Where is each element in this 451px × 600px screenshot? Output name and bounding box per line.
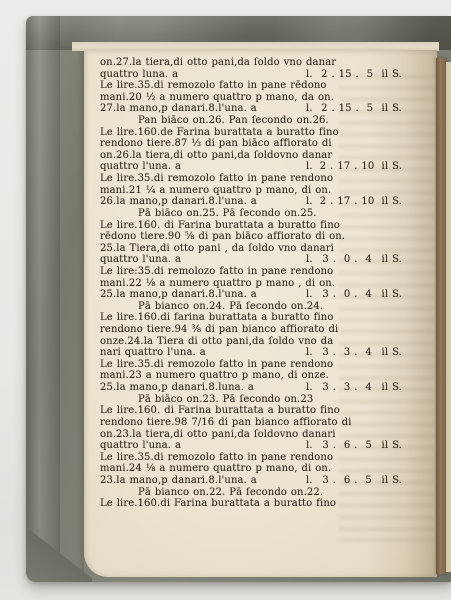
- price-lira-label: l.: [306, 69, 313, 81]
- text-line: Le lire.160.de Farina burattata a buratt…: [100, 127, 402, 139]
- price-unit-label: il S.: [382, 254, 402, 266]
- price-unit-label: il S.: [382, 475, 402, 487]
- text-line: mani.24 ⅛ a numero quattro p mano, di on…: [100, 463, 402, 475]
- line-text: Pā biāco on.23. Pā ſecondo on.23: [138, 394, 313, 406]
- book: on.27.la tiera,di otto pani,da ſoldo vno…: [26, 16, 451, 582]
- line-text: on.23.la tiera,di otto pani,da ſoldovno …: [100, 429, 336, 441]
- text-line: quattro l'una. a l. 3 . 0 . 4 il S.: [100, 254, 402, 266]
- line-text: Le lire.160.di farina burattata a buratt…: [100, 312, 333, 324]
- line-text: 23.la mano,p danari.8.l'una. a: [100, 475, 257, 487]
- price-entry: l. 3 . 6 . 5 il S.: [306, 475, 402, 487]
- price-entry: l. 2 . 17 . 10 il S.: [306, 196, 402, 208]
- text-line: Pā biāco on.23. Pā ſecondo on.23: [100, 394, 402, 406]
- price-amount: 3 . 0 . 4: [322, 289, 371, 301]
- text-line: 26.la mano,p danari.8.l'una. a l. 2 . 17…: [100, 196, 402, 208]
- line-text: on.27.la tiera,di otto pani,da ſoldo vno…: [100, 57, 336, 69]
- line-text: 25.la mano,p danari.8.l'una. a: [100, 289, 257, 301]
- price-entry: l. 3 . 0 . 4 il S.: [306, 289, 402, 301]
- text-line: on.23.la tiera,di otto pani,da ſoldovno …: [100, 429, 402, 441]
- text-line: 25.la mano,p danari.8.l'una. a l. 3 . 0 …: [100, 289, 402, 301]
- text-line: quattro l'una. a l. 3 . 6 . 5 il S.: [100, 440, 402, 452]
- line-text: on.26.la tiera,di otto pani,da ſoldovno …: [100, 150, 332, 162]
- price-amount: 3 . 6 . 5: [322, 475, 371, 487]
- text-line: mani.20 ½ a numero quattro p mano, da on…: [100, 92, 402, 104]
- price-unit-label: il S.: [382, 161, 402, 173]
- line-text: Le lire.35.di remozolo fatto in pane rēd…: [100, 80, 327, 92]
- price-entry: l. 3 . 6 . 5 il S.: [306, 440, 402, 452]
- text-line: Le lire.35.di remozolo fatto in pane ren…: [100, 359, 402, 371]
- text-line: Le lire.160. di Farina burattata a burat…: [100, 220, 402, 232]
- cloth-corner-fold: [26, 490, 92, 582]
- line-text: rendono tiere.98 7/16 di pan bianco affi…: [100, 417, 351, 429]
- line-text: 27.la mano,p danari.8.l'una. a: [100, 103, 257, 115]
- price-amount: 3 . 0 . 4: [322, 254, 371, 266]
- text-line: 25.la mano,p danari.8.luna. a l. 3 . 3 .…: [100, 382, 402, 394]
- price-entry: l. 2 . 15 . 5 il S.: [306, 69, 402, 81]
- line-text: Le lire.35.di remozolo fatto in pane ren…: [100, 359, 333, 371]
- text-line: Le lire:35.di remolozo fatto in pane ren…: [100, 266, 402, 278]
- line-text: Le lire.160. di Farina burattata a burat…: [100, 405, 340, 417]
- text-line: rendono tiere.87 ⅓ di pan biāco affiorat…: [100, 138, 402, 150]
- text-line: rēdono tiere.90 ⅝ di pan biāco affiorato…: [100, 231, 402, 243]
- text-line: Pā bianco on.22. Pā ſecondo on.22.: [100, 487, 402, 499]
- line-text: 25.la Tiera,di otto pani , da ſoldo vno …: [100, 243, 334, 255]
- line-text: mani.20 ½ a numero quattro p mano, da on…: [100, 92, 334, 104]
- line-text: rendono tiere.87 ⅓ di pan biāco affiorat…: [100, 138, 332, 150]
- line-text: rēdono tiere.90 ⅝ di pan biāco affiorato…: [100, 231, 345, 243]
- price-lira-label: l.: [306, 103, 313, 115]
- text-line: Pā biāco on.25. Pā ſecondo on.25.: [100, 208, 402, 220]
- text-line: Pan biāco on.26. Pan ſecondo on.26.: [100, 115, 402, 127]
- price-unit-label: il S.: [382, 440, 402, 452]
- text-line: nari quattro l'una. a l. 3 . 3 . 4 il S.: [100, 347, 402, 359]
- line-text: Le lire.35.di remozolo fatto in pane ren…: [100, 173, 333, 185]
- price-entry: l. 3 . 3 . 4 il S.: [306, 347, 402, 359]
- text-line: Le lire.35.di remozolo fatto in pane ren…: [100, 173, 402, 185]
- line-text: quattro luna. a: [100, 69, 178, 81]
- price-lira-label: l.: [306, 161, 313, 173]
- price-unit-label: il S.: [382, 103, 402, 115]
- price-unit-label: il S.: [382, 69, 402, 81]
- price-amount: 2 . 15 . 5: [321, 69, 373, 81]
- line-text: rendono tiere.94 ⅜ di pan bianco affiora…: [100, 324, 338, 336]
- text-line: Le lire.35.di remozolo fatto in pane ren…: [100, 452, 402, 464]
- price-entry: l. 3 . 0 . 4 il S.: [306, 254, 402, 266]
- price-amount: 3 . 3 . 4: [322, 347, 371, 359]
- text-line: quattro luna. a l. 2 . 15 . 5 il S.: [100, 69, 402, 81]
- text-line: 25.la Tiera,di otto pani , da ſoldo vno …: [100, 243, 402, 255]
- text-line: Le lire.160. di Farina burattata a burat…: [100, 405, 402, 417]
- price-lira-label: l.: [306, 440, 313, 452]
- price-entry: l. 2 . 15 . 5 il S.: [306, 103, 402, 115]
- price-lira-label: l.: [306, 475, 313, 487]
- price-unit-label: il S.: [382, 289, 402, 301]
- line-text: Le lire.160.di Farina burattata a buratt…: [100, 498, 336, 510]
- line-text: Pā bianco on.24. Pā ſecondo on.24.: [138, 301, 323, 313]
- line-text: Le lire.160. di Farina burattata a burat…: [100, 220, 340, 232]
- line-text: quattro l'una. a: [100, 440, 181, 452]
- text-line: rendono tiere.94 ⅜ di pan bianco affiora…: [100, 324, 402, 336]
- text-line: quattro l'una. a l. 2 . 17 . 10 il S.: [100, 161, 402, 173]
- book-page: on.27.la tiera,di otto pani,da ſoldo vno…: [84, 50, 437, 577]
- text-line: 23.la mano,p danari.8.l'una. a l. 3 . 6 …: [100, 475, 402, 487]
- line-text: quattro l'una. a: [100, 254, 181, 266]
- line-text: nari quattro l'una. a: [100, 347, 206, 359]
- adjacent-page-sliver: [446, 62, 451, 572]
- line-text: mani.23 a numero quattro p mano, di onze…: [100, 370, 329, 382]
- line-text: Le lire.35.di remozolo fatto in pane ren…: [100, 452, 333, 464]
- price-lira-label: l.: [306, 196, 313, 208]
- price-unit-label: il S.: [382, 196, 402, 208]
- line-text: Pā bianco on.22. Pā ſecondo on.22.: [138, 487, 323, 499]
- line-text: onze.24.la Tiera di otto pani,da ſoldo v…: [100, 336, 333, 348]
- photo-backdrop: on.27.la tiera,di otto pani,da ſoldo vno…: [0, 0, 451, 600]
- line-text: mani.21 ¼ a numero quattro p mano, di on…: [100, 185, 331, 197]
- line-text: Le lire:35.di remolozo fatto in pane ren…: [100, 266, 333, 278]
- line-text: mani.22 ⅛ a numero quattro p mano , di o…: [100, 278, 335, 290]
- text-line: onze.24.la Tiera di otto pani,da ſoldo v…: [100, 336, 402, 348]
- line-text: mani.24 ⅛ a numero quattro p mano, di on…: [100, 463, 331, 475]
- price-lira-label: l.: [306, 382, 313, 394]
- price-lira-label: l.: [306, 289, 313, 301]
- text-line: on.27.la tiera,di otto pani,da ſoldo vno…: [100, 57, 402, 69]
- price-unit-label: il S.: [382, 382, 402, 394]
- line-text: Le lire.160.de Farina burattata a buratt…: [100, 127, 339, 139]
- text-line: mani.21 ¼ a numero quattro p mano, di on…: [100, 185, 402, 197]
- text-line: 27.la mano,p danari.8.l'una. a l. 2 . 15…: [100, 103, 402, 115]
- text-line: Le lire.160.di Farina burattata a buratt…: [100, 498, 402, 510]
- line-text: 26.la mano,p danari.8.l'una. a: [100, 196, 257, 208]
- price-unit-label: il S.: [382, 347, 402, 359]
- price-lira-label: l.: [306, 254, 313, 266]
- price-lira-label: l.: [306, 347, 313, 359]
- price-entry: l. 3 . 3 . 4 il S.: [306, 382, 402, 394]
- text-line: mani.23 a numero quattro p mano, di onze…: [100, 370, 402, 382]
- leaf-block-fore-edge: [436, 58, 446, 574]
- price-amount: 2 . 15 . 5: [321, 103, 373, 115]
- price-amount: 3 . 6 . 5: [322, 440, 371, 452]
- price-entry: l. 2 . 17 . 10 il S.: [306, 161, 402, 173]
- price-amount: 3 . 3 . 4: [322, 382, 371, 394]
- line-text: quattro l'una. a: [100, 161, 181, 173]
- line-text: 25.la mano,p danari.8.luna. a: [100, 382, 254, 394]
- text-line: Le lire.35.di remozolo fatto in pane rēd…: [100, 80, 402, 92]
- line-text: Pā biāco on.25. Pā ſecondo on.25.: [138, 208, 317, 220]
- price-amount: 2 . 17 . 10: [320, 196, 375, 208]
- text-line: Pā bianco on.24. Pā ſecondo on.24.: [100, 301, 402, 313]
- text-line: on.26.la tiera,di otto pani,da ſoldovno …: [100, 150, 402, 162]
- text-line: rendono tiere.98 7/16 di pan bianco affi…: [100, 417, 402, 429]
- price-amount: 2 . 17 . 10: [320, 161, 375, 173]
- text-line: mani.22 ⅛ a numero quattro p mano , di o…: [100, 278, 402, 290]
- text-line: Le lire.160.di farina burattata a buratt…: [100, 312, 402, 324]
- line-text: Pan biāco on.26. Pan ſecondo on.26.: [138, 115, 329, 127]
- text-block: on.27.la tiera,di otto pani,da ſoldo vno…: [100, 57, 402, 510]
